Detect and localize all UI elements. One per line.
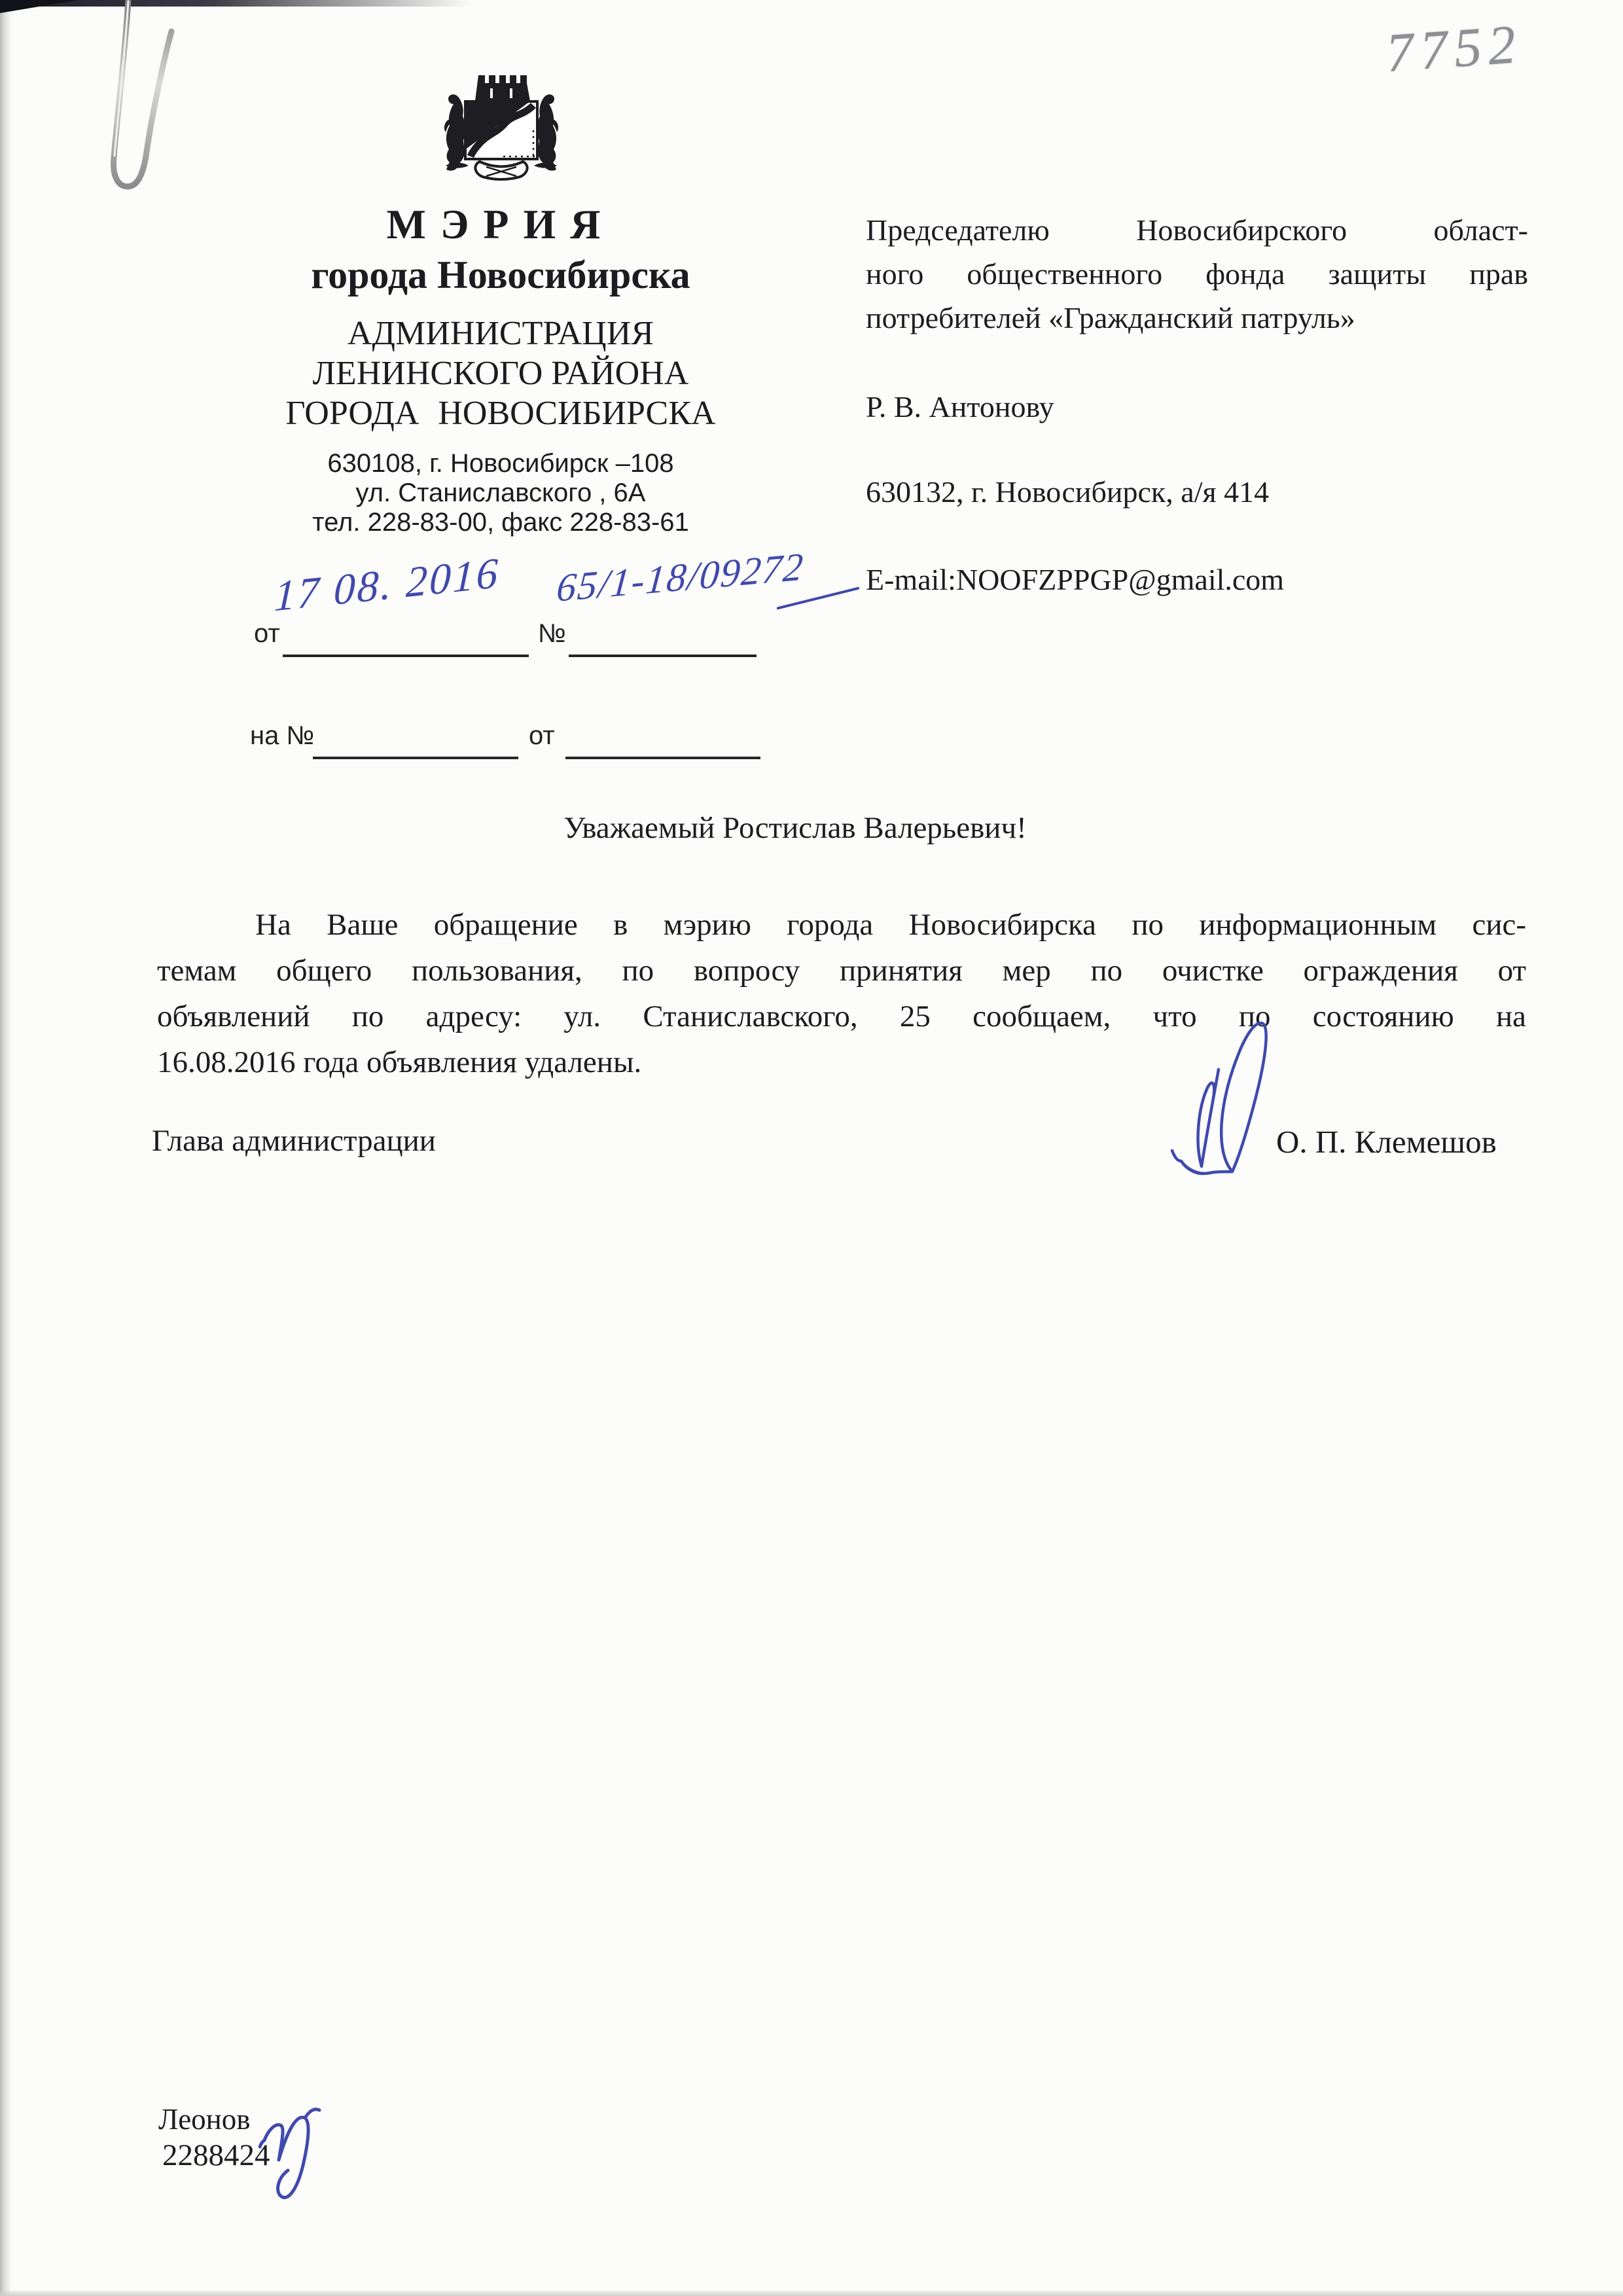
scanned-letter-page: { "scan": { "pencil_registration_number"…	[0, 0, 1623, 2296]
org-street-address: ул. Станиславского , 6А	[262, 478, 740, 508]
number-label: №	[538, 619, 566, 649]
reply-date-underline	[565, 757, 760, 759]
executor-phone: 2288424	[162, 2138, 270, 2173]
reply-to-number-label: на №	[250, 721, 314, 751]
salutation: Уважаемый Ростислав Валерьевич!	[190, 810, 1400, 846]
recipient-line: Председателю Новосибирского област-	[866, 208, 1528, 252]
org-department-line: ГОРОДА НОВОСИБИРСКА	[262, 394, 740, 433]
body-paragraph-line: темам общего пользования, по вопросу при…	[157, 953, 1526, 999]
date-underline	[283, 655, 529, 657]
executor-initial-scribble-icon	[259, 2100, 347, 2217]
body-paragraph-line: На Ваше обращение в мэрию города Новосиб…	[157, 907, 1526, 953]
org-phone-fax: тел. 228-83-00, факс 228-83-61	[262, 508, 740, 537]
paperclip-icon	[98, 0, 187, 196]
scan-edge-shadow-bottom	[0, 2289, 1623, 2296]
executor-name: Леонов	[158, 2102, 251, 2136]
recipient-line: потребителей «Гражданский патруль»	[866, 296, 1528, 340]
recipient-line: ного общественного фонда защиты прав	[866, 252, 1528, 296]
org-department-line: АДМИНИСТРАЦИЯ	[262, 314, 740, 353]
handwritten-outgoing-number: 65/1-18/09272	[555, 544, 806, 611]
reply-from-label: от	[529, 721, 555, 751]
recipient-name: Р. В. Антонову	[866, 385, 1528, 429]
signer-position: Глава администрации	[152, 1123, 436, 1158]
number-underline	[569, 655, 757, 657]
scan-corner-artifact	[0, 0, 79, 13]
org-subtitle: города Новосибирска	[262, 253, 740, 298]
org-title: МЭРИЯ	[262, 200, 740, 249]
date-from-label: от	[254, 619, 280, 649]
pencil-registration-number: 7752	[1384, 12, 1524, 85]
recipient-address: 630132, г. Новосибирск, а/я 414	[866, 470, 1528, 514]
recipient-email: E-mail:NOOFZPPGP@gmail.com	[866, 558, 1528, 601]
reply-number-underline	[313, 757, 518, 759]
recipient-block: Председателю Новосибирского област- ного…	[866, 208, 1528, 340]
org-postal-address: 630108, г. Новосибирск –108	[262, 449, 740, 478]
signature-scribble-icon	[1135, 1013, 1332, 1183]
org-department-line: ЛЕНИНСКОГО РАЙОНА	[262, 354, 740, 393]
handwritten-date: 17 08. 2016	[274, 548, 501, 622]
scan-edge-shadow-left	[0, 0, 12, 2296]
novosibirsk-coat-of-arms-icon	[443, 74, 560, 189]
